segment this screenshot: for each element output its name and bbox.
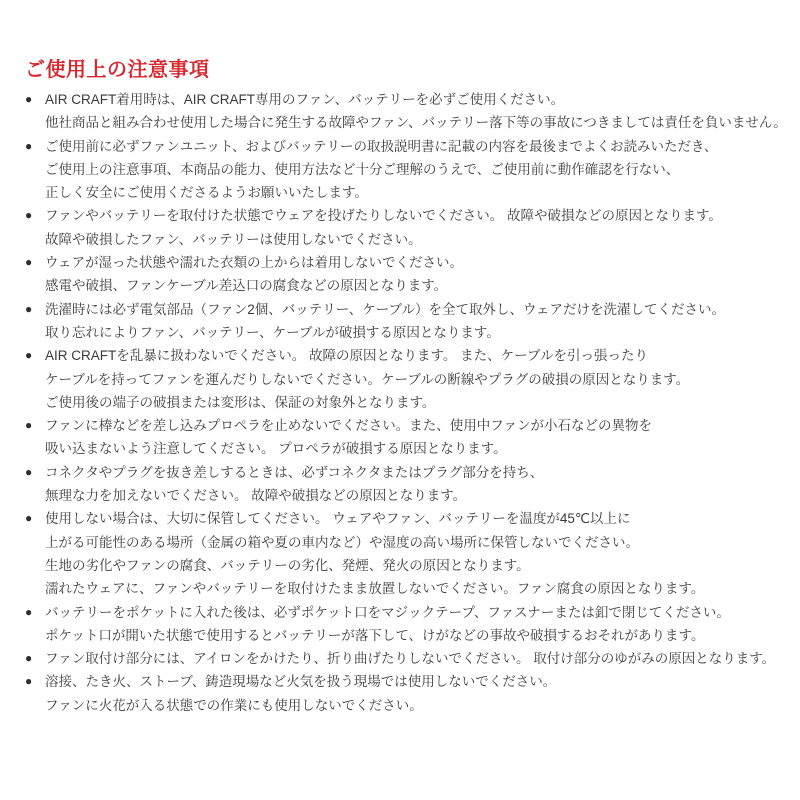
- notice-line: 他社商品と組み合わせ使用した場合に発生する故障やファン、バッテリー落下等の事故に…: [45, 111, 794, 134]
- bullet-icon: ●: [25, 507, 45, 530]
- bullet-icon: ●: [25, 344, 45, 367]
- notice-line: ウェアが湿った状態や濡れた衣類の上からは着用しないでください。: [45, 251, 794, 274]
- notice-item: ● 溶接、たき火、ストーブ、鋳造現場など火気を扱う現場では使用しないでください。…: [25, 670, 794, 717]
- bullet-icon: ●: [25, 251, 45, 274]
- notice-line: 溶接、たき火、ストーブ、鋳造現場など火気を扱う現場では使用しないでください。: [45, 670, 794, 693]
- notice-line: ご使用前に必ずファンユニット、およびバッテリーの取扱説明書に記載の内容を最後まで…: [45, 135, 794, 158]
- notice-item: ● 洗濯時には必ず電気部品（ファン2個、バッテリー、ケーブル）を全て取外し、ウェ…: [25, 298, 794, 345]
- notice-line: ご使用上の注意事項、本商品の能力、使用方法など十分ご理解のうえで、ご使用前に動作…: [45, 158, 794, 181]
- page-title: ご使用上の注意事項: [25, 57, 794, 83]
- notice-line: AIR CRAFT着用時は、AIR CRAFT専用のファン、バッテリーを必ずご使…: [45, 88, 794, 111]
- notice-item: ● 使用しない場合は、大切に保管してください。 ウェアやファン、バッテリーを温度…: [25, 507, 794, 600]
- notice-line: ファンに棒などを差し込みプロペラを止めないでください。また、使用中ファンが小石な…: [45, 414, 794, 437]
- notice-line: バッテリーをポケットに入れた後は、必ずポケット口をマジックテープ、ファスナーまた…: [45, 601, 794, 624]
- notice-line: ファンやバッテリーを取付けた状態でウェアを投げたりしないでください。 故障や破損…: [45, 204, 794, 227]
- bullet-icon: ●: [25, 647, 45, 670]
- notice-line: コネクタやプラグを抜き差しするときは、必ずコネクタまたはプラグ部分を持ち、: [45, 461, 794, 484]
- notice-item: ● AIR CRAFTを乱暴に扱わないでください。 故障の原因となります。 また…: [25, 344, 794, 414]
- bullet-icon: ●: [25, 414, 45, 437]
- notice-line: ファンに火花が入る状態での作業にも使用しないでください。: [45, 694, 794, 717]
- bullet-icon: ●: [25, 204, 45, 227]
- bullet-icon: ●: [25, 461, 45, 484]
- bullet-icon: ●: [25, 670, 45, 693]
- notice-item: ● バッテリーをポケットに入れた後は、必ずポケット口をマジックテープ、ファスナー…: [25, 601, 794, 648]
- notice-line: 無理な力を加えないでください。 故障や破損などの原因となります。: [45, 484, 794, 507]
- notice-line: 生地の劣化やファンの腐食、バッテリーの劣化、発煙、発火の原因となります。: [45, 554, 794, 577]
- notice-item: ● ファンやバッテリーを取付けた状態でウェアを投げたりしないでください。 故障や…: [25, 204, 794, 251]
- bullet-icon: ●: [25, 88, 45, 111]
- notice-line: ポケット口が開いた状態で使用するとバッテリーが落下して、けがなどの事故や破損する…: [45, 624, 794, 647]
- notice-line: AIR CRAFTを乱暴に扱わないでください。 故障の原因となります。 また、ケ…: [45, 344, 794, 367]
- notice-line: 正しく安全にご使用くださるようお願いいたします。: [45, 181, 794, 204]
- notice-line: 取り忘れによりファン、バッテリー、ケーブルが破損する原因となります。: [45, 321, 794, 344]
- notice-line: 使用しない場合は、大切に保管してください。 ウェアやファン、バッテリーを温度が4…: [45, 507, 794, 530]
- notice-item: ● ファン取付け部分には、アイロンをかけたり、折り曲げたりしないでください。 取…: [25, 647, 794, 670]
- notice-item: ● ウェアが湿った状態や濡れた衣類の上からは着用しないでください。 感電や破損、…: [25, 251, 794, 298]
- notice-line: ご使用後の端子の破損または変形は、保証の対象外となります。: [45, 391, 794, 414]
- notice-line: ケーブルを持ってファンを運んだりしないでください。ケーブルの断線やプラグの破損の…: [45, 368, 794, 391]
- precautions-page: ご使用上の注意事項 ● AIR CRAFT着用時は、AIR CRAFT専用のファ…: [0, 0, 800, 717]
- notice-line: 濡れたウェアに、ファンやバッテリーを取付けたまま放置しないでください。ファン腐食…: [45, 577, 794, 600]
- notice-line: 故障や破損したファン、バッテリーは使用しないでください。: [45, 228, 794, 251]
- notice-item: ● ファンに棒などを差し込みプロペラを止めないでください。また、使用中ファンが小…: [25, 414, 794, 461]
- bullet-icon: ●: [25, 135, 45, 158]
- notice-item: ● ご使用前に必ずファンユニット、およびバッテリーの取扱説明書に記載の内容を最後…: [25, 135, 794, 205]
- bullet-icon: ●: [25, 601, 45, 624]
- notice-line: ファン取付け部分には、アイロンをかけたり、折り曲げたりしないでください。 取付け…: [45, 647, 794, 670]
- notice-item: ● AIR CRAFT着用時は、AIR CRAFT専用のファン、バッテリーを必ず…: [25, 88, 794, 135]
- notice-item: ● コネクタやプラグを抜き差しするときは、必ずコネクタまたはプラグ部分を持ち、 …: [25, 461, 794, 508]
- notice-line: 吸い込まないよう注意してください。 プロペラが破損する原因となります。: [45, 437, 794, 460]
- bullet-icon: ●: [25, 298, 45, 321]
- notice-line: 洗濯時には必ず電気部品（ファン2個、バッテリー、ケーブル）を全て取外し、ウェアだ…: [45, 298, 794, 321]
- notice-line: 感電や破損、ファンケーブル差込口の腐食などの原因となります。: [45, 274, 794, 297]
- notice-line: 上がる可能性のある場所（金属の箱や夏の車内など）や湿度の高い場所に保管しないでく…: [45, 531, 794, 554]
